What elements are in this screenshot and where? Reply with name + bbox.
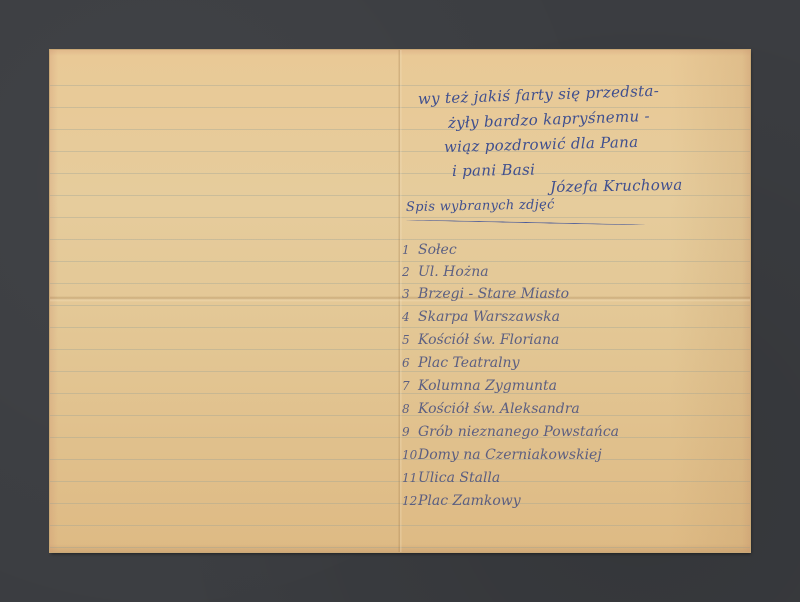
list-item-text: Kościół św. Aleksandra <box>418 401 580 417</box>
list-item: 12Plac Zamkowy <box>402 493 521 509</box>
list-item: 11Ulica Stalla <box>402 470 500 486</box>
list-item: 9Grób nieznanego Powstańca <box>402 424 619 440</box>
list-item-text: Kolumna Zygmunta <box>418 378 557 394</box>
letter-line-4: i pani Basi <box>452 161 535 180</box>
list-item-text: Ul. Hożna <box>418 264 489 280</box>
signature: Józefa Kruchowa <box>550 176 683 196</box>
list-item-number: 6 <box>402 356 418 370</box>
list-item: 3Brzegi - Stare Miasto <box>402 286 569 302</box>
list-item-text: Sołec <box>418 242 457 258</box>
list-item-text: Ulica Stalla <box>418 470 500 486</box>
list-item: 1Sołec <box>402 242 457 258</box>
list-item-number: 7 <box>402 379 418 393</box>
list-item-number: 9 <box>402 425 418 439</box>
left-page-blank <box>50 50 400 552</box>
list-item-number: 2 <box>402 265 418 279</box>
list-item-text: Grób nieznanego Powstańca <box>418 424 619 440</box>
list-item-number: 8 <box>402 402 418 416</box>
letter-line-3: wiąz pozdrowić dla Pana <box>444 133 639 156</box>
list-item: 8Kościół św. Aleksandra <box>402 401 580 417</box>
list-item: 5Kościół św. Floriana <box>402 332 559 348</box>
list-item-number: 1 <box>402 243 418 257</box>
list-item-text: Plac Zamkowy <box>418 493 521 509</box>
list-item-number: 3 <box>402 287 418 301</box>
list-item: 6Plac Teatralny <box>402 355 520 371</box>
list-item-number: 5 <box>402 333 418 347</box>
list-item-text: Plac Teatralny <box>418 355 520 371</box>
letter-sheet: wy też jakiś farty się przedsta- żyły ba… <box>50 50 750 552</box>
list-item: 7Kolumna Zygmunta <box>402 378 557 394</box>
list-item-text: Brzegi - Stare Miasto <box>418 286 569 302</box>
list-item: 2Ul. Hożna <box>402 264 489 280</box>
right-page: wy też jakiś farty się przedsta- żyły ba… <box>400 50 750 552</box>
list-item: 4Skarpa Warszawska <box>402 309 560 325</box>
list-item: 10Domy na Czerniakowskiej <box>402 447 602 463</box>
letter-line-2: żyły bardzo kapryśnemu - <box>448 107 650 132</box>
list-item-text: Domy na Czerniakowskiej <box>418 447 602 463</box>
list-item-number: 4 <box>402 310 418 324</box>
list-title: Spis wybranych zdjęć <box>406 197 555 215</box>
list-item-number: 10 <box>402 448 418 462</box>
letter-line-1: wy też jakiś farty się przedsta- <box>418 82 660 108</box>
list-item-number: 12 <box>402 494 418 508</box>
list-item-number: 11 <box>402 471 418 485</box>
list-item-text: Kościół św. Floriana <box>418 332 559 348</box>
list-item-text: Skarpa Warszawska <box>418 309 560 325</box>
title-underline <box>406 219 646 225</box>
